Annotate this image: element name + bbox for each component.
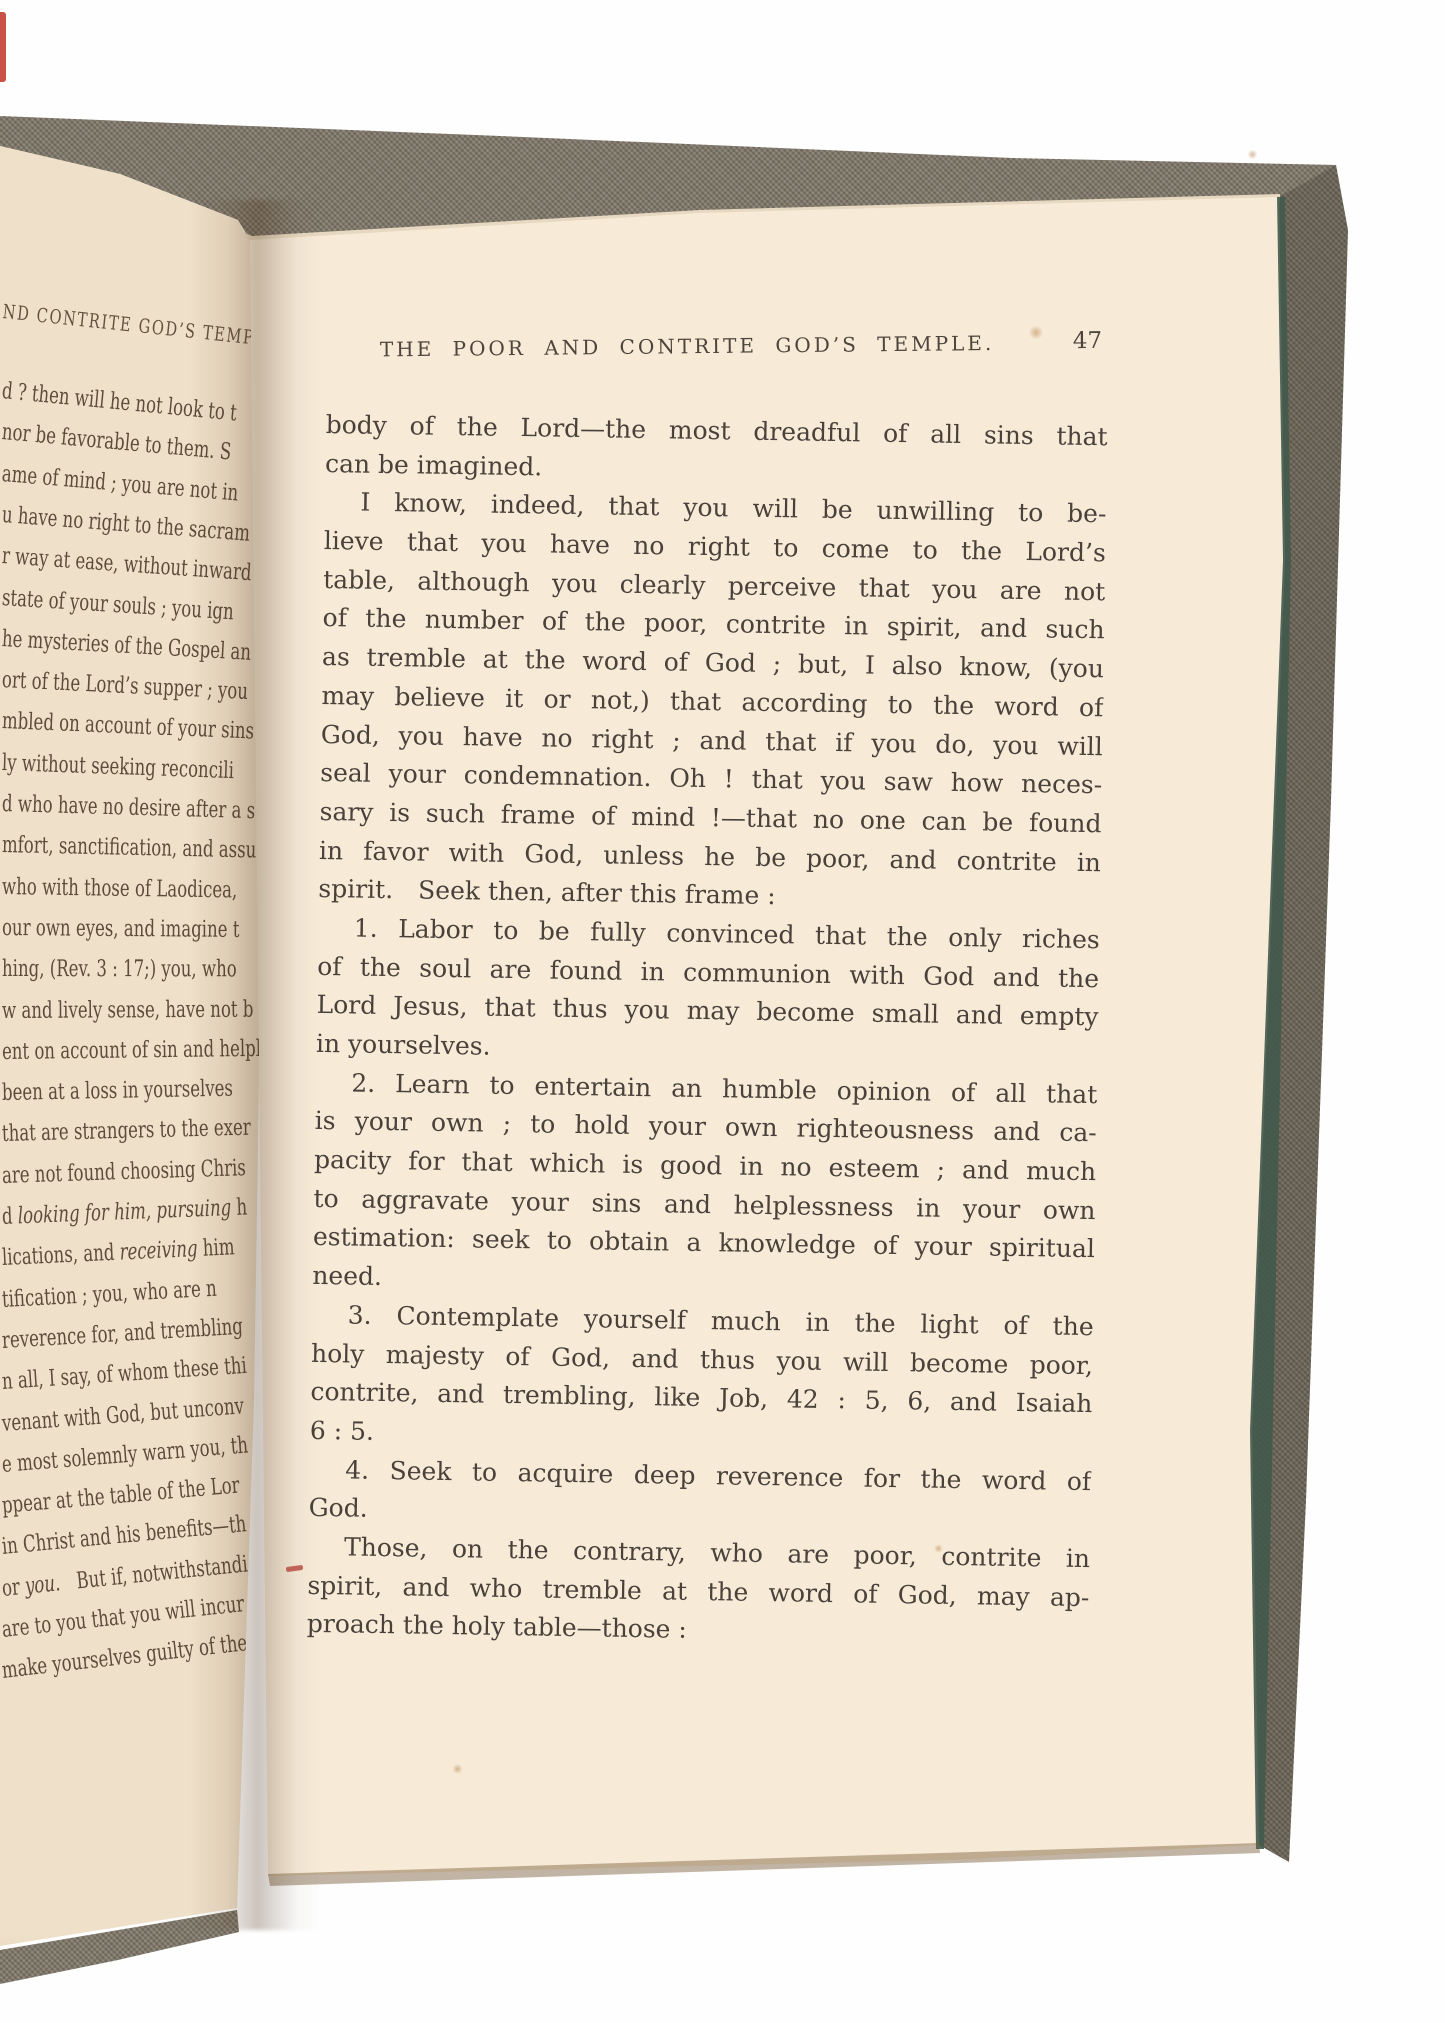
left-text-line: been at a loss in yourselves [2,1076,233,1106]
text-line: spirit, and who tremble at the word of G… [307,1566,1090,1617]
text-line: in yourselves. [316,1025,1099,1076]
left-text-line: our own eyes, and imagine t [2,915,240,943]
book-cover-right-edge [0,0,1445,2023]
text-line: lieve that you have no right to come to … [324,522,1107,573]
left-text-line: d ? then will he not look to t [1,378,238,426]
foxing-spot [934,1544,943,1553]
left-text-line: he mysteries of the Gospel an [1,626,252,666]
text-line: of the number of the poor, contrite in s… [322,599,1105,650]
text-line: to aggravate your sins and helplessness … [313,1180,1096,1231]
text-line: sary is such frame of mind !—that no one… [319,793,1102,844]
text-line: as tremble at the word of God ; but, I a… [322,638,1105,689]
text-line: Lord Jesus, that thus you may become sma… [316,986,1099,1037]
fore-edge-green-line [0,0,1445,2023]
left-text-line: ort of the Lord’s supper ; you [1,667,248,705]
text-line: seal your condemnation. Oh ! that you sa… [320,754,1103,805]
text-line: need. [312,1257,1095,1308]
text-line: is your own ; to hold your own righteous… [314,1102,1097,1153]
left-text-line: are to you that you will incur [1,1591,246,1643]
running-header-title: THE POOR AND CONTRITE GOD’S TEMPLE. [326,330,1048,362]
left-text-line: n all, I say, of whom these thi [1,1353,247,1395]
left-text-line: d looking for him, pursuing h [1,1194,247,1230]
page-number: 47 [1073,328,1103,354]
text-line: in favor with God, unless he be poor, an… [319,832,1102,883]
text-line: of the soul are found in communion with … [317,948,1100,999]
book-cover-top-edge [0,0,1445,2023]
text-line: God, you have no right ; and that if you… [321,715,1104,766]
left-text-line: are not found choosing Chris [2,1155,247,1189]
left-text-line: ame of mind ; you are not in [1,461,239,506]
page-block-top-edge [0,0,1445,2023]
left-text-line: nor be favorable to them. S [1,419,233,465]
red-pen-mark [286,1565,304,1572]
left-text-line: e most solemnly warn you, th [1,1432,249,1478]
foxing-spot [452,1764,463,1774]
foxing-spot [1247,150,1258,159]
left-text-line: venant with God, but unconv [1,1393,245,1437]
text-line: contrite, and trembling, like Job, 42 : … [310,1373,1093,1424]
left-text-line: state of your souls ; you ign [1,585,234,625]
left-page: ND CONTRITE GOD’S TEMPLE. d ? then will … [0,0,1445,2023]
text-line: I know, indeed, that you will be unwilli… [324,483,1107,534]
text-line: can be imagined. [325,445,1108,496]
text-line: proach the holy table—those : [307,1605,1090,1656]
left-text-line: that are strangers to the exer [2,1115,251,1147]
text-line: 1. Labor to be fully convinced that the … [317,909,1100,960]
text-line: estimation: seek to obtain a knowledge o… [313,1218,1096,1269]
text-line: pacity for that which is good in no este… [314,1141,1097,1192]
left-text-line: ppear at the table of the Lor [1,1473,241,1519]
text-line: God. [308,1489,1091,1540]
text-line: table, although you clearly perceive tha… [323,561,1106,612]
running-header-row: THE POOR AND CONTRITE GOD’S TEMPLE. 47 [326,330,1108,372]
left-text-line: hing, (Rev. 3 : 17;) you, who [2,956,237,982]
left-page-text: d ? then will he not look to tnor be fav… [0,0,1445,2023]
left-text-line: w and lively sense, have not b [2,996,254,1023]
left-text-line: ly without seeking reconcili [2,750,235,784]
left-text-line: ent on account of sin and helpl [2,1036,261,1065]
left-page-running-header: ND CONTRITE GOD’S TEMPLE. [2,300,286,352]
text-line: holy majesty of God, and thus you will b… [311,1334,1094,1385]
left-text-line: mbled on account of your sins [1,708,254,745]
text-line: spirit. Seek then, after this frame : [318,870,1101,921]
left-text-line: who with those of Laodicea, [2,874,238,903]
left-text-line: u have no right to the sacram [1,502,251,547]
left-text-line: or you. But if, notwithstandi [1,1551,249,1602]
book-photo: ND CONTRITE GOD’S TEMPLE. d ? then will … [0,0,1445,2023]
text-line: 6 : 5. [310,1412,1093,1463]
text-line: 4. Seek to acquire deep reverence for th… [309,1450,1092,1501]
text-line: Those, on the contrary, who are poor, co… [308,1528,1091,1579]
left-text-line: r way at ease, without inward [1,543,252,586]
text-line: 3. Contemplate yourself much in the ligh… [311,1296,1094,1347]
foxing-spot [1028,326,1044,339]
left-text-line: tification ; you, who are n [1,1275,217,1312]
left-text-line: in Christ and his benefits—th [1,1512,248,1561]
left-text-line: reverence for, and trembling [1,1314,243,1354]
left-text-line: d who have no desire after a s [2,791,256,824]
text-line: body of the Lord—the most dreadful of al… [325,406,1108,457]
text-line: may believe it or not,) that according t… [321,677,1104,728]
text-line: 2. Learn to entertain an humble opinion … [315,1064,1098,1115]
left-text-line: lications, and receiving him [1,1235,235,1272]
right-page-text: body of the Lord—the most dreadful of al… [307,406,1108,1656]
right-page: THE POOR AND CONTRITE GOD’S TEMPLE. 47 b… [0,0,1445,2023]
left-text-line: make yourselves guilty of the [1,1630,249,1684]
page-bottom-shadow [0,0,1445,2023]
left-text-line: mfort, sanctification, and assu [2,832,257,863]
book-cover-bottom-edge [0,0,1445,2023]
gutter-shadow [190,200,320,1930]
red-edge-mark [0,12,6,82]
